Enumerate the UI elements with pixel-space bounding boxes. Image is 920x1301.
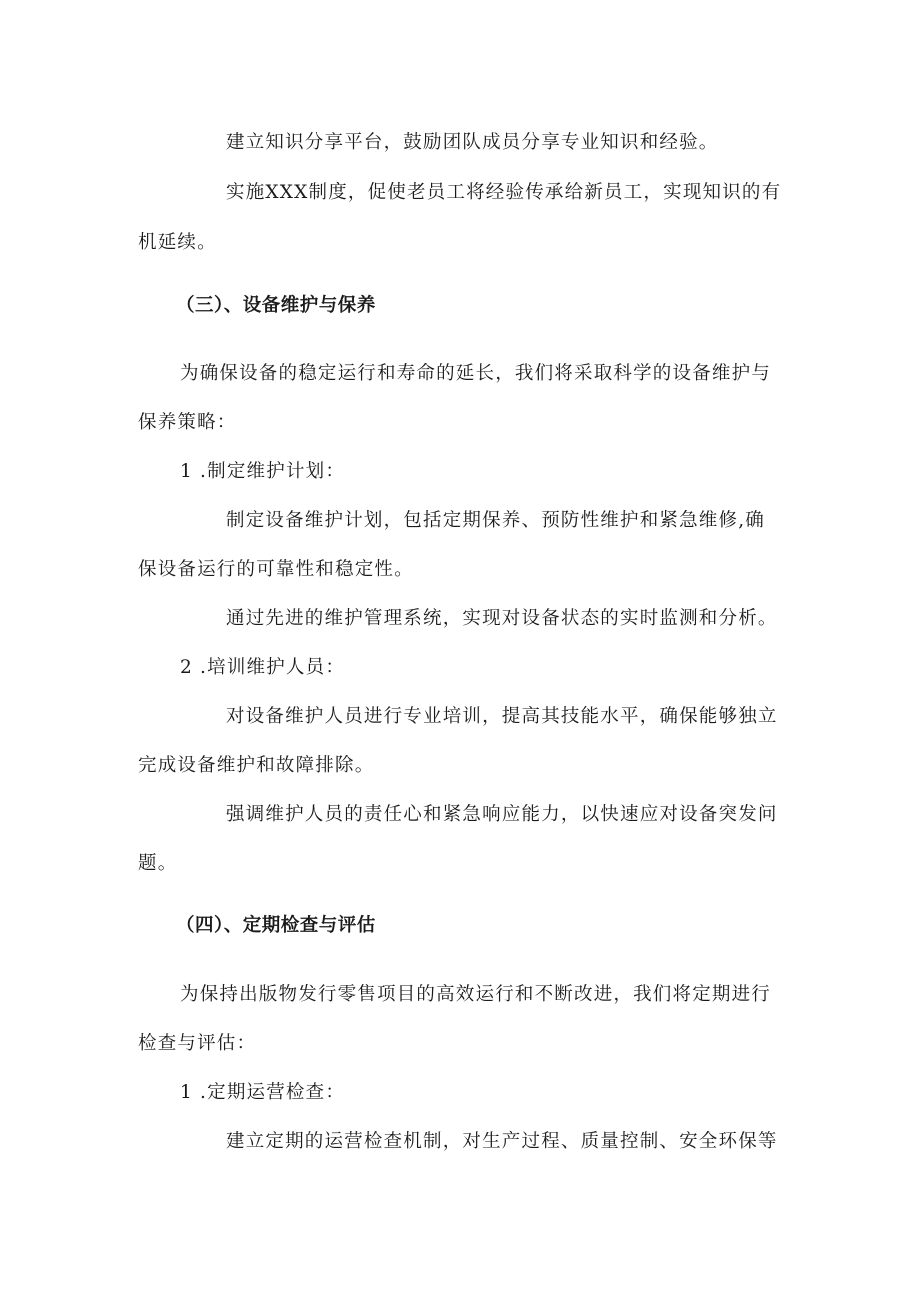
paragraph-line: 保设备运行的可靠性和稳定性。 [138, 558, 414, 582]
paragraph-line: 对设备维护人员进行专业培训，提高其技能水平，确保能够独立 [226, 705, 778, 729]
list-item-heading: 1 .定期运营检查： [180, 1081, 345, 1105]
list-item-heading: 1 .制定维护计划： [180, 460, 345, 484]
paragraph-line: 制定设备维护计划，包括定期保养、预防性维护和紧急维修,确 [226, 509, 765, 533]
paragraph-line: 完成设备维护和故障排除。 [138, 754, 374, 778]
section-heading-4: （四）、定期检查与评估 [176, 914, 376, 938]
paragraph-line: 为确保设备的稳定运行和寿命的延长，我们将采取科学的设备维护与 [180, 362, 771, 386]
paragraph-line: 通过先进的维护管理系统，实现对设备状态的实时监测和分析。 [226, 607, 778, 631]
paragraph-line: 强调维护人员的责任心和紧急响应能力，以快速应对设备突发问 [226, 803, 778, 827]
paragraph-line: 保养策略： [138, 411, 237, 435]
paragraph-line: 建立知识分享平台，鼓励团队成员分享专业知识和经验。 [226, 131, 719, 155]
section-heading-3: （三）、设备维护与保养 [176, 294, 376, 318]
paragraph-line: 建立定期的运营检查机制，对生产过程、质量控制、安全环保等 [226, 1130, 778, 1154]
paragraph-line: 实施XXX制度，促使老员工将经验传承给新员工，实现知识的有 [226, 181, 781, 205]
list-item-heading: 2 .培训维护人员： [180, 656, 345, 680]
paragraph-line: 检查与评估： [138, 1032, 256, 1056]
paragraph-line: 机延续。 [138, 231, 217, 255]
paragraph-line: 题。 [138, 852, 177, 876]
paragraph-line: 为保持出版物发行零售项目的高效运行和不断改进，我们将定期进行 [180, 983, 771, 1007]
